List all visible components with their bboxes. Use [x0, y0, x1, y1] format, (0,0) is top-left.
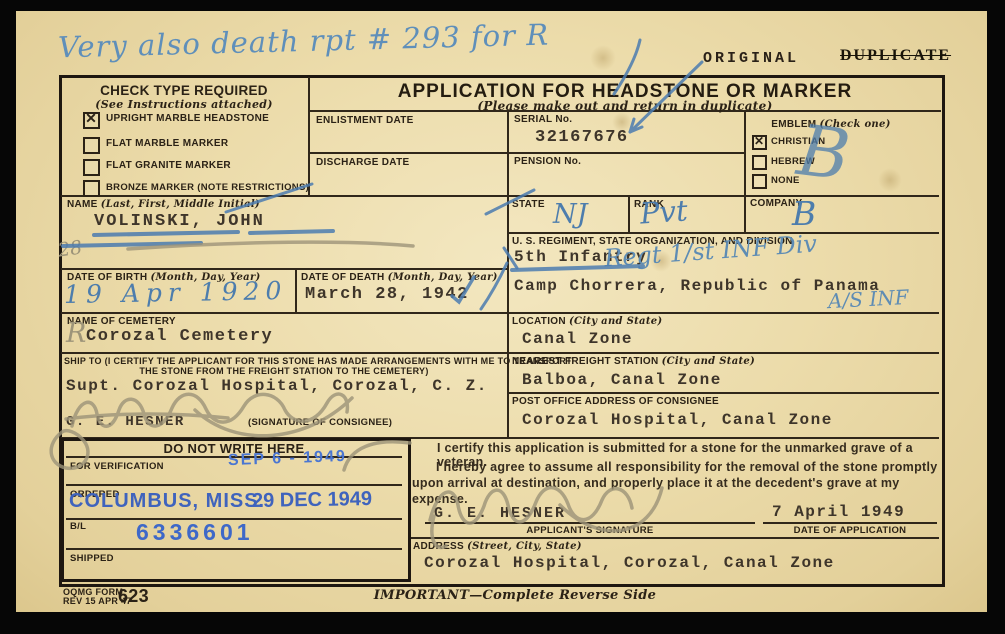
checkbox-flat-granite: [83, 159, 100, 176]
enlistment-date-label: ENLISTMENT DATE: [316, 115, 414, 126]
consignee-name-typed: G. E. HESNER: [66, 414, 185, 430]
consignee-signature-label: (SIGNATURE OF CONSIGNEE): [248, 417, 392, 428]
check-mark: ✕: [753, 134, 765, 148]
name-value: VOLINSKI, JOHN: [94, 212, 265, 231]
ordered-place-stamp: COLUMBUS, MISS.: [69, 490, 265, 513]
checkbox-bronze: [83, 180, 100, 197]
company-value-handwritten: B: [792, 194, 816, 233]
certification-line2: I hereby agree to assume all responsibil…: [412, 459, 940, 507]
divider: [308, 152, 744, 154]
location-label: LOCATION (City and State): [512, 316, 662, 327]
pencil-r-mark: R: [66, 318, 86, 349]
name-label: NAME (Last, First, Middle Initial): [67, 199, 260, 210]
check-type-title: CHECK TYPE REQUIRED: [70, 83, 298, 98]
date-of-death-value: March 28, 1942: [305, 285, 469, 304]
freight-label-paren: (City and State): [662, 356, 755, 367]
state-value-handwritten: NJ: [553, 199, 587, 230]
dod-label-paren: (Month, Day, Year): [388, 272, 498, 283]
state-label: STATE: [512, 199, 545, 210]
address-value: Corozal Hospital, Corozal, Canal Zone: [424, 554, 835, 572]
ship-to-value: Supt. Corozal Hospital, Corozal, C. Z.: [66, 377, 488, 395]
divider: [628, 195, 630, 232]
name-label-paren: (Last, First, Middle Initial): [101, 199, 260, 210]
divider: [66, 484, 402, 486]
signature-rule: [425, 522, 755, 524]
form-subtitle: (Please make out and return in duplicate…: [310, 99, 940, 113]
checkbox-label: BRONZE MARKER (NOTE RESTRICTIONS): [106, 182, 309, 193]
regiment-handwritten-line2: A/S INF: [827, 285, 909, 313]
checkbox-label: FLAT GRANITE MARKER: [106, 160, 231, 171]
discharge-date-label: DISCHARGE DATE: [316, 157, 409, 168]
freight-station-value: Balboa, Canal Zone: [522, 371, 722, 389]
pencil-scribble: 28: [57, 236, 84, 261]
application-date-label: DATE OF APPLICATION: [770, 525, 930, 536]
divider: [61, 268, 507, 270]
divider: [66, 548, 402, 550]
checkbox-none: [752, 174, 767, 189]
divider: [61, 352, 939, 354]
scanned-form-page: Very also death rpt # 293 for R ORIGINAL…: [0, 0, 1005, 634]
rank-value-handwritten: Pvt: [639, 193, 689, 230]
checkbox-flat-marble: [83, 137, 100, 154]
duplicate-stamp: DUPLICATE: [840, 47, 951, 65]
shipped-label: SHIPPED: [70, 553, 114, 564]
po-address-label: POST OFFICE ADDRESS OF CONSIGNEE: [512, 396, 719, 407]
ship-to-label-line1: SHIP TO (I CERTIFY THE APPLICANT FOR THI…: [64, 356, 504, 366]
ship-to-label-line2: THE STONE FROM THE FREIGHT STATION TO TH…: [64, 366, 504, 376]
regiment-typed-line2: Camp Chorrera, Republic of Panama: [514, 277, 880, 295]
footer-important-note: IMPORTANT—Complete Reverse Side: [330, 588, 700, 603]
location-label-text: LOCATION: [512, 316, 566, 327]
freight-label-text: NEAREST FREIGHT STATION: [512, 356, 659, 367]
divider: [507, 110, 509, 437]
po-address-value: Corozal Hospital, Canal Zone: [522, 411, 833, 429]
dod-label-text: DATE OF DEATH: [301, 272, 385, 283]
freight-station-label: NEAREST FREIGHT STATION (City and State): [512, 356, 755, 367]
serial-no-label: SERIAL No.: [514, 114, 572, 125]
checkbox-christian: ✕: [752, 135, 767, 150]
divider: [507, 392, 939, 394]
date-rule: [763, 522, 937, 524]
check-type-subtitle: (See Instructions attached): [70, 98, 298, 111]
form-number: 623: [118, 586, 149, 607]
divider: [410, 537, 939, 539]
applicant-name-typed: G. E. HESNER: [434, 505, 566, 522]
checkbox-upright-marble: ✕: [83, 112, 100, 129]
age-spot: [590, 45, 616, 71]
divider: [507, 232, 939, 234]
checkbox-hebrew: [752, 155, 767, 170]
serial-no-value: 32167676: [535, 128, 629, 147]
original-copy-label: ORIGINAL: [703, 50, 799, 67]
location-label-paren: (City and State): [569, 316, 662, 327]
name-label-text: NAME: [67, 199, 98, 210]
pension-no-label: PENSION No.: [514, 156, 581, 167]
ordered-date-stamp: 29 DEC 1949: [252, 488, 372, 513]
checkbox-label: FLAT MARBLE MARKER: [106, 138, 228, 149]
divider: [295, 268, 297, 312]
location-value: Canal Zone: [522, 330, 633, 348]
date-of-birth-handwritten: 19 Apr 1920: [64, 276, 288, 309]
for-verification-label: FOR VERIFICATION: [70, 461, 164, 472]
address-label: ADDRESS (Street, City, State): [413, 541, 582, 552]
address-label-paren: (Street, City, State): [467, 541, 582, 552]
divider: [61, 312, 939, 314]
bl-number-stamp: 6336601: [136, 519, 254, 546]
cemetery-value: Corozal Cemetery: [86, 327, 273, 346]
applicant-signature-label: APPLICANT'S SIGNATURE: [470, 525, 710, 536]
bl-label: B/L: [70, 521, 86, 532]
date-of-death-label: DATE OF DEATH (Month, Day, Year): [301, 272, 498, 283]
address-label-text: ADDRESS: [413, 541, 464, 552]
application-date-value: 7 April 1949: [772, 503, 905, 521]
check-mark: ✕: [84, 110, 98, 127]
handwritten-emblem-b: B: [793, 109, 854, 197]
checkbox-label: UPRIGHT MARBLE HEADSTONE: [106, 113, 269, 124]
